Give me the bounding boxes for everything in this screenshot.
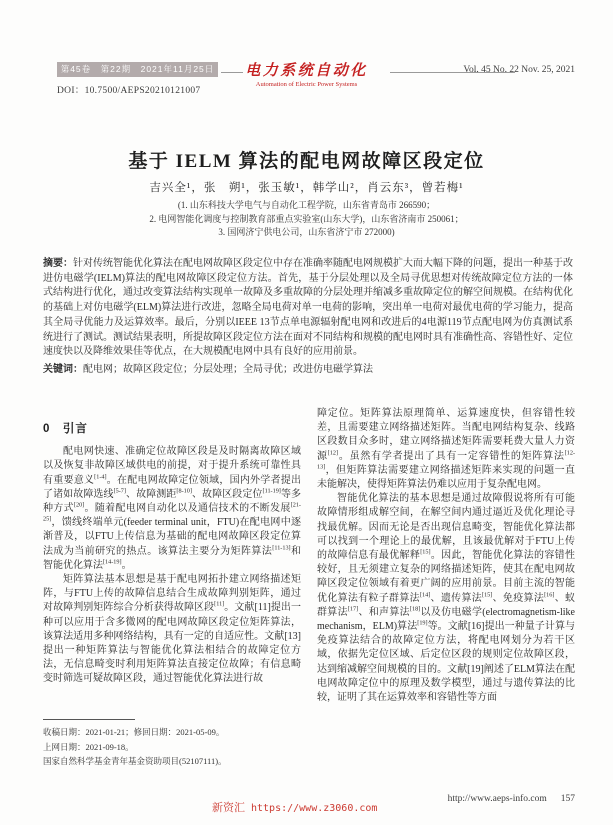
paper-title: 基于 IELM 算法的配电网故障区段定位 [0, 146, 613, 173]
watermark-url: https://www.z3060.com [251, 803, 377, 814]
abstract-section: 摘要：针对传统智能优化算法在配电网故障区段定位中存在准确率随配电网规模扩大而大幅… [43, 257, 573, 378]
journal-logo: 电力系统自动化 Automation of Electric Power Sys… [228, 59, 385, 88]
header-rule-left [221, 72, 243, 73]
volume-info: Vol. 45 No. 22 Nov. 25, 2021 [463, 65, 575, 75]
watermark-name: 新资汇 [212, 802, 245, 814]
keywords-text: 配电网；故障区段定位；分层处理；全局寻优；改进仿电磁学算法 [83, 364, 373, 375]
affiliation-line-3: 3. 国网济宁供电公司，山东省济宁市 272000) [0, 226, 613, 240]
journal-name-en: Automation of Electric Power Systems [228, 81, 385, 88]
page-footer: http://www.aeps-info.com157 [448, 794, 575, 804]
keywords-label: 关键词： [43, 364, 83, 375]
funding-note: 国家自然科学基金青年基金资助项目(52107111)。 [43, 754, 301, 769]
affiliation-block: (1. 山东科技大学电气与自动化工程学院，山东省青岛市 266590； 2. 电… [0, 199, 613, 240]
body-paragraph-2-continued: 障定位。矩阵算法原理简单、运算速度快，但容错性较差，且需要建立网络描述矩阵。当配… [317, 407, 575, 492]
abstract-label: 摘要： [43, 258, 73, 269]
footnote-block: 收稿日期：2021-01-21；修回日期：2021-05-09。 上网日期：20… [43, 719, 301, 769]
abstract-text: 针对传统智能优化算法在配电网故障区段定位中存在准确率随配电网规模扩大而大幅下降的… [43, 258, 573, 357]
journal-url: http://www.aeps-info.com [448, 794, 547, 804]
right-column: 障定位。矩阵算法原理简单、运算速度快，但容错性较差，且需要建立网络描述矩阵。当配… [317, 407, 575, 785]
page-number: 157 [561, 794, 575, 804]
affiliation-line-1: (1. 山东科技大学电气与自动化工程学院，山东省青岛市 266590； [0, 199, 613, 213]
online-date: 上网日期：2021-09-18。 [43, 740, 301, 755]
body-paragraph-3: 智能优化算法的基本思想是通过故障假说将所有可能故障情形组成解空间，在解空间内通过… [317, 492, 575, 705]
doi-text: DOI：10.7500/AEPS20210121007 [57, 82, 200, 96]
affiliation-line-2: 2. 电网智能化调度与控制教育部重点实验室(山东大学)，山东省济南市 25006… [0, 213, 613, 227]
section-heading-introduction: 0 引言 [43, 422, 301, 436]
body-paragraph-1: 配电网快速、准确定位故障区段是及时隔离故障区域以及恢复非故障区域供电的前提，对于… [43, 445, 301, 573]
watermark: 新资汇https://www.z3060.com [212, 799, 377, 815]
author-line: 吉兴全¹，张 朔¹，张玉敏¹，韩学山²，肖云东³，曾若梅¹ [0, 179, 613, 195]
footnote-divider [43, 719, 135, 720]
body-paragraph-2: 矩阵算法基本思想是基于配电网拓扑建立网络描述矩阵，与FTU上传的故障信息结合生成… [43, 573, 301, 687]
abstract-paragraph: 摘要：针对传统智能优化算法在配电网故障区段定位中存在准确率随配电网规模扩大而大幅… [43, 257, 573, 360]
received-revised-date: 收稿日期：2021-01-21；修回日期：2021-05-09。 [43, 725, 301, 740]
issue-badge: 第45卷 第22期 2021年11月25日 [57, 62, 218, 77]
left-column: 0 引言 配电网快速、准确定位故障区段是及时隔离故障区域以及恢复非故障区域供电的… [43, 407, 301, 715]
paper-page: 第45卷 第22期 2021年11月25日 DOI：10.7500/AEPS20… [0, 0, 613, 825]
journal-name-cn: 电力系统自动化 [228, 59, 385, 80]
keywords-paragraph: 关键词：配电网；故障区段定位；分层处理；全局寻优；改进仿电磁学算法 [43, 363, 573, 378]
